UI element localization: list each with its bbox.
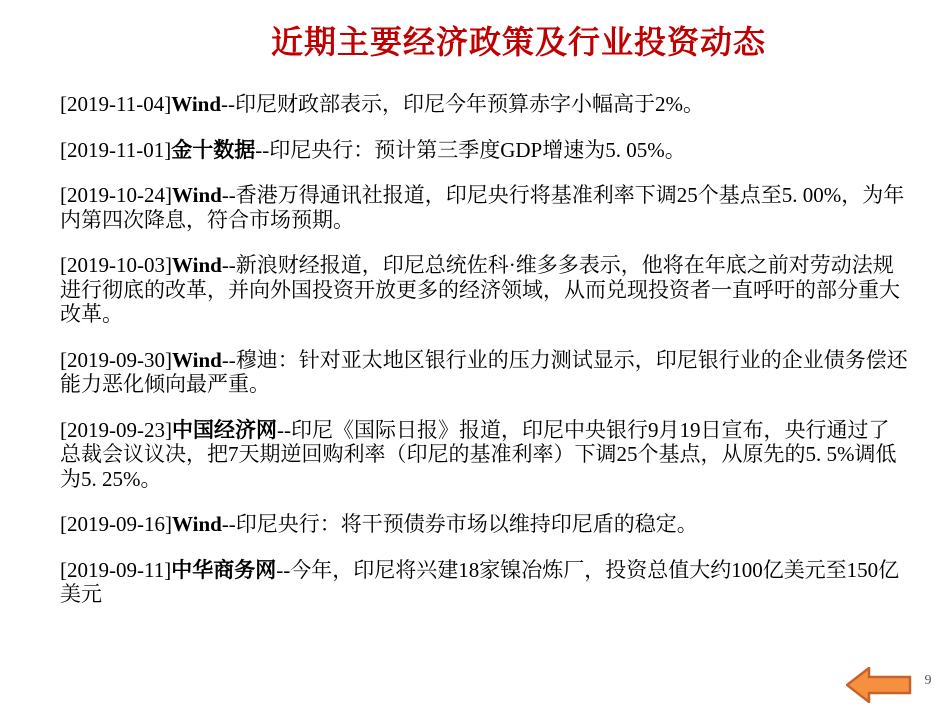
news-text: --印尼财政部表示，印尼今年预算赤字小幅高于2%。 — [221, 92, 704, 116]
news-date: [2019-09-30] — [60, 348, 172, 372]
news-item: [2019-09-30]Wind--穆迪：针对亚太地区银行业的压力测试显示，印尼… — [60, 348, 910, 397]
news-source: Wind — [171, 92, 221, 116]
news-item: [2019-11-04]Wind--印尼财政部表示，印尼今年预算赤字小幅高于2%… — [60, 92, 910, 117]
left-arrow-shape — [847, 668, 910, 702]
news-source: Wind — [172, 183, 222, 207]
news-text: --印尼央行：将干预债券市场以维持印尼盾的稳定。 — [222, 512, 698, 536]
news-date: [2019-09-23] — [60, 418, 172, 442]
news-source: 中华商务网 — [171, 558, 276, 582]
news-date: [2019-10-03] — [60, 253, 172, 277]
page-number: 9 — [918, 673, 938, 689]
news-item: [2019-10-03]Wind--新浪财经报道，印尼总统佐科·维多多表示，他将… — [60, 253, 910, 327]
news-date: [2019-11-01] — [60, 138, 171, 162]
page-title: 近期主要经济政策及行业投资动态 — [96, 17, 941, 63]
news-source: Wind — [172, 348, 222, 372]
news-date: [2019-09-16] — [60, 512, 172, 536]
news-item: [2019-10-24]Wind--香港万得通讯社报道，印尼央行将基准利率下调2… — [60, 183, 910, 232]
news-item: [2019-11-01]金十数据--印尼央行：预计第三季度GDP增速为5. 05… — [60, 138, 910, 163]
slide: 近期主要经济政策及行业投资动态 [2019-11-04]Wind--印尼财政部表… — [0, 0, 941, 706]
news-date: [2019-09-11] — [60, 558, 171, 582]
news-date: [2019-11-04] — [60, 92, 171, 116]
news-item: [2019-09-23]中国经济网--印尼《国际日报》报道，印尼中央银行9月19… — [60, 418, 910, 492]
left-arrow-icon — [846, 667, 912, 703]
news-source: Wind — [172, 512, 222, 536]
news-date: [2019-10-24] — [60, 183, 172, 207]
news-item: [2019-09-16]Wind--印尼央行：将干预债券市场以维持印尼盾的稳定。 — [60, 512, 910, 537]
back-arrow-button[interactable] — [846, 667, 912, 703]
news-source: 金十数据 — [171, 138, 255, 162]
news-item: [2019-09-11]中华商务网--今年，印尼将兴建18家镍冶炼厂，投资总值大… — [60, 558, 910, 607]
news-list: [2019-11-04]Wind--印尼财政部表示，印尼今年预算赤字小幅高于2%… — [60, 92, 910, 628]
news-text: --印尼央行：预计第三季度GDP增速为5. 05%。 — [255, 138, 686, 162]
news-source: Wind — [172, 253, 222, 277]
news-source: 中国经济网 — [172, 418, 277, 442]
